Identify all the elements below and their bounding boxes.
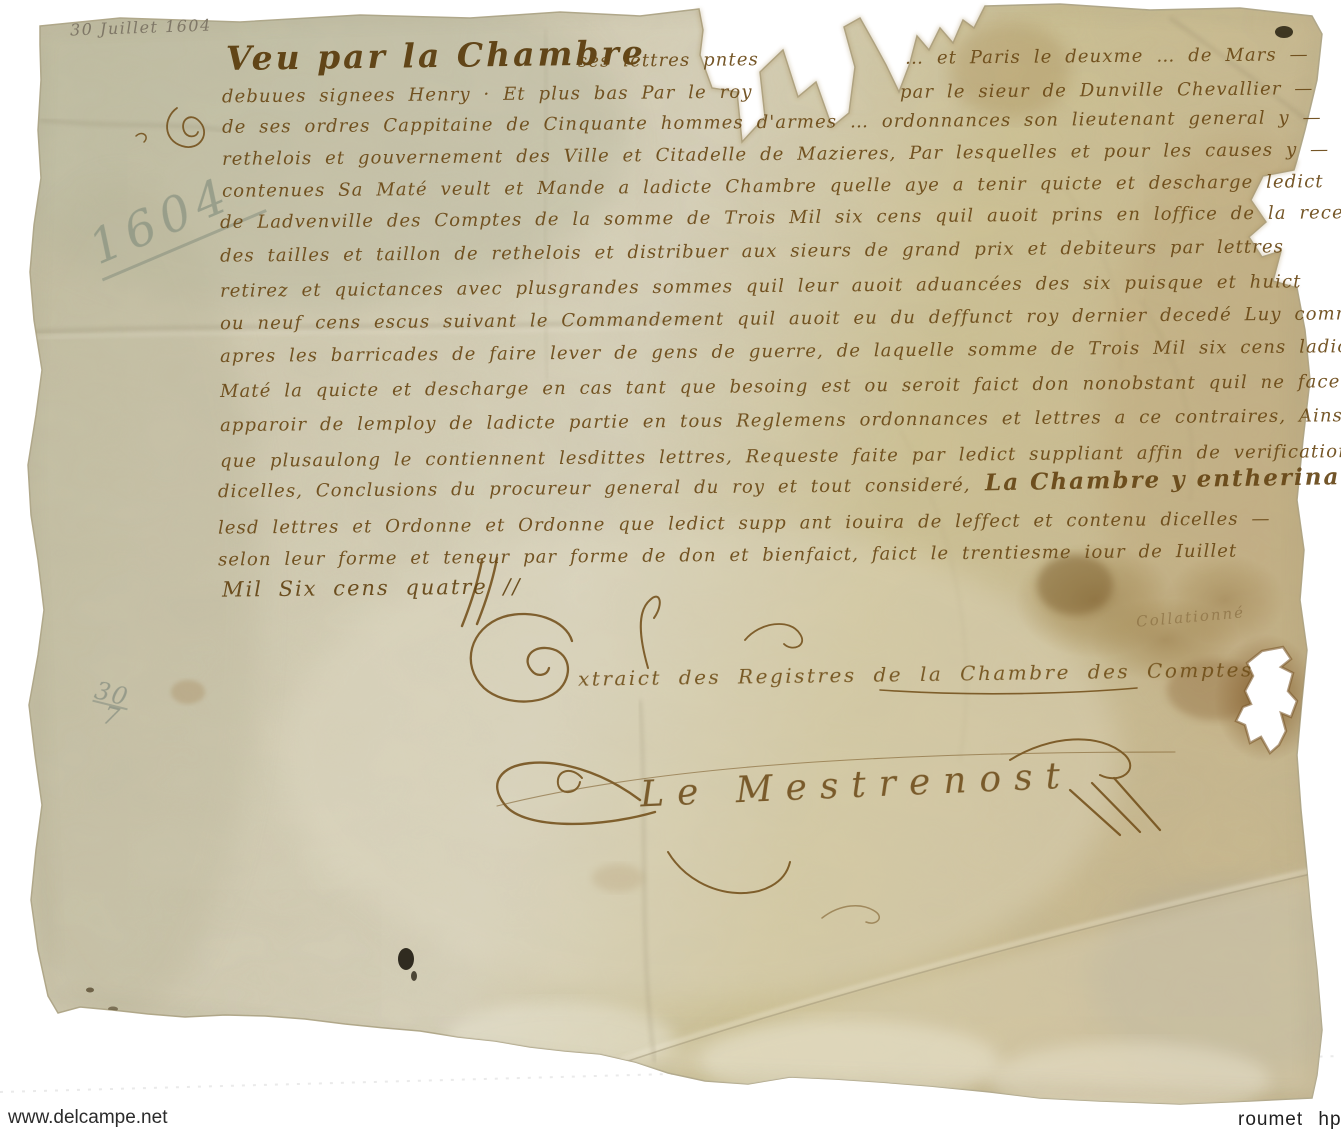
manuscript-line: … et Paris le deuxme … de Mars — [905, 44, 1309, 69]
scanned-document-page: 30 Juillet 1604 1604 30 7 Veu par la Cha… [0, 0, 1341, 1132]
manuscript-line: ses lettres pntes [578, 49, 759, 72]
ink-spot [398, 948, 414, 970]
dark-spot [1275, 26, 1293, 38]
manuscript-closing-date-line: Mil Six cens quatre // [222, 574, 522, 601]
manuscript-line: par le sieur de Dunville Chevallier — [900, 78, 1314, 103]
watermark-delcampe: www.delcampe.net [8, 1107, 167, 1129]
watermark-roumet: roumet hp [1238, 1109, 1341, 1131]
